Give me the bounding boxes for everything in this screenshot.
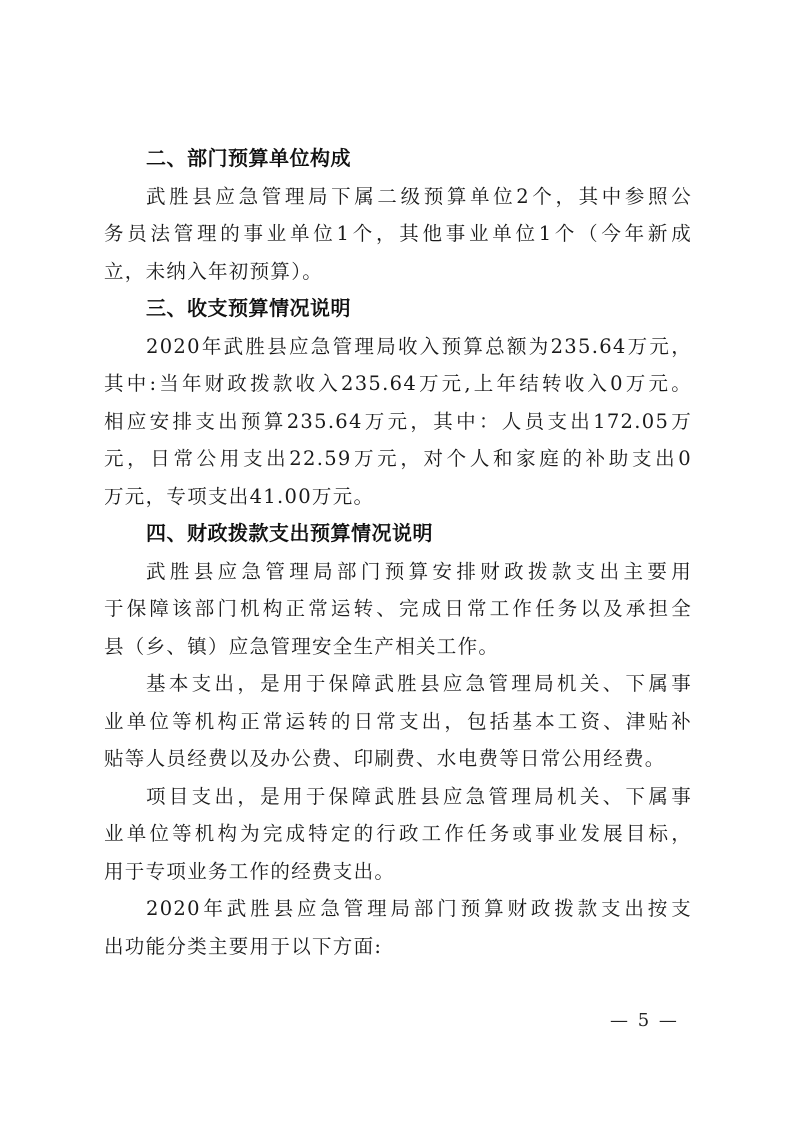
paragraph-functional-classification: 2020年武胜县应急管理局部门预算财政拨款支出按支 出功能分类主要用于以下方面:: [104, 890, 692, 965]
text-line: 万元，专项支出41.00万元。: [104, 478, 692, 516]
text-line: 其中:当年财政拨款收入235.64万元,上年结转收入0万元。: [104, 365, 692, 403]
section-heading-appropriation-expenditure: 四、财政拨款支出预算情况说明: [104, 515, 692, 553]
text-line: 县（乡、镇）应急管理安全生产相关工作。: [104, 628, 692, 666]
text-line: 出功能分类主要用于以下方面:: [104, 928, 692, 966]
text-line: 基本支出，是用于保障武胜县应急管理局机关、下属事: [104, 665, 692, 703]
text-line: 2020年武胜县应急管理局部门预算财政拨款支出按支: [104, 890, 692, 928]
paragraph-unit-composition: 武胜县应急管理局下属二级预算单位2个，其中参照公 务员法管理的事业单位1个，其他…: [104, 178, 692, 291]
text-line: 业单位等机构正常运转的日常支出，包括基本工资、津贴补: [104, 703, 692, 741]
text-line: 2020年武胜县应急管理局收入预算总额为235.64万元，: [104, 328, 692, 366]
text-line: 元，日常公用支出22.59万元，对个人和家庭的补助支出0: [104, 440, 692, 478]
paragraph-project-expenditure: 项目支出，是用于保障武胜县应急管理局机关、下属事 业单位等机构为完成特定的行政工…: [104, 778, 692, 891]
text-line: 项目支出，是用于保障武胜县应急管理局机关、下属事: [104, 778, 692, 816]
paragraph-appropriation-purpose: 武胜县应急管理局部门预算安排财政拨款支出主要用 于保障该部门机构正常运转、完成日…: [104, 553, 692, 666]
text-line: 贴等人员经费以及办公费、印刷费、水电费等日常公用经费。: [104, 740, 692, 778]
section-heading-budget-summary: 三、收支预算情况说明: [104, 290, 692, 328]
document-page: 二、部门预算单位构成 武胜县应急管理局下属二级预算单位2个，其中参照公 务员法管…: [104, 140, 692, 965]
text-line: 务员法管理的事业单位1个，其他事业单位1个（今年新成: [104, 215, 692, 253]
text-line: 武胜县应急管理局下属二级预算单位2个，其中参照公: [104, 178, 692, 216]
text-line: 于保障该部门机构正常运转、完成日常工作任务以及承担全: [104, 590, 692, 628]
page-number: — 5 —: [610, 1010, 679, 1031]
paragraph-budget-summary: 2020年武胜县应急管理局收入预算总额为235.64万元， 其中:当年财政拨款收…: [104, 328, 692, 516]
text-line: 用于专项业务工作的经费支出。: [104, 853, 692, 891]
text-line: 相应安排支出预算235.64万元，其中：人员支出172.05万: [104, 403, 692, 441]
text-line: 立，未纳入年初预算）。: [104, 253, 692, 291]
text-line: 武胜县应急管理局部门预算安排财政拨款支出主要用: [104, 553, 692, 591]
text-line: 业单位等机构为完成特定的行政工作任务或事业发展目标，: [104, 815, 692, 853]
paragraph-basic-expenditure: 基本支出，是用于保障武胜县应急管理局机关、下属事 业单位等机构正常运转的日常支出…: [104, 665, 692, 778]
section-heading-unit-composition: 二、部门预算单位构成: [104, 140, 692, 178]
